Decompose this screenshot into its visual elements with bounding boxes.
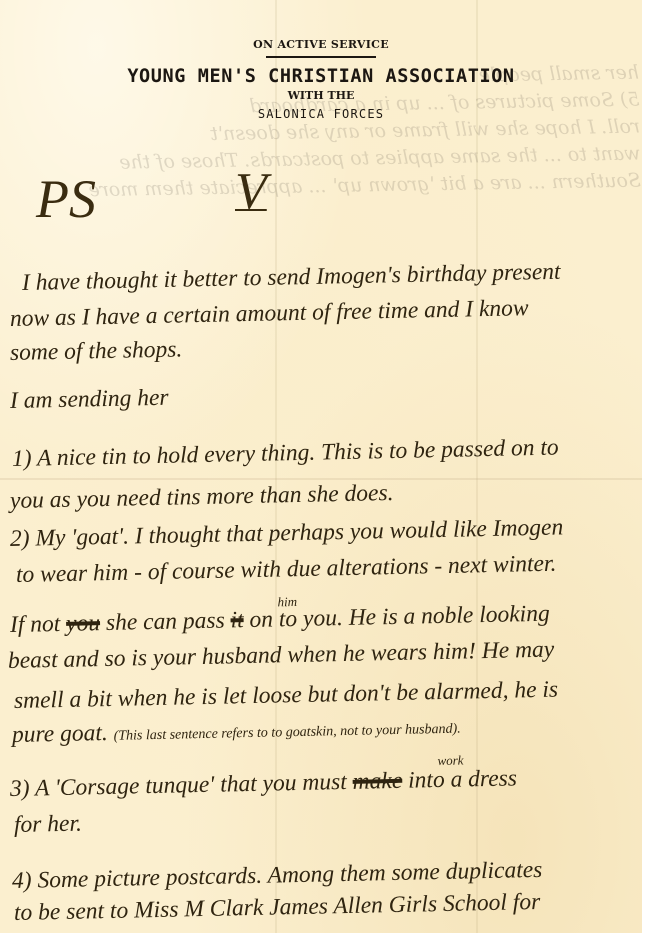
text: she can pass: [106, 608, 225, 636]
text: into a dress: [408, 765, 517, 793]
list-item-3: 3) A 'Corsage tunque' that you must make…: [10, 765, 517, 803]
struck-word: it: [230, 607, 244, 633]
letter-line: for her.: [14, 811, 82, 839]
letter-line: I am sending her: [10, 385, 169, 415]
inserted-word: him: [277, 594, 297, 610]
list-item-4: 4) Some picture postcards. Among them so…: [12, 857, 543, 895]
letter-line: you as you need tins more than she does.: [10, 480, 394, 515]
letter-line: I have thought it better to send Imogen'…: [22, 259, 561, 297]
with-the-label: WITH THE: [0, 89, 642, 102]
letter-line: some of the shops.: [10, 336, 183, 367]
forces-label: SALONICA FORCES: [0, 107, 642, 121]
organization-name: YOUNG MEN'S CHRISTIAN ASSOCIATION: [0, 66, 642, 87]
fold-line-horizontal: [0, 478, 642, 480]
letter-line: now as I have a certain amount of free t…: [10, 295, 529, 333]
letter-line: pure goat. (This last sentence refers to…: [12, 713, 461, 749]
letter-line-with-corrections: If not you she can pass ithim on to you.…: [10, 601, 550, 639]
parenthetical-note: (This last sentence refers to to goatski…: [113, 722, 460, 744]
inserted-word: work: [437, 752, 463, 769]
text: If not: [10, 611, 61, 638]
letter-line: beast and so is your husband when he wea…: [8, 637, 555, 675]
letterhead: ON ACTIVE SERVICE YOUNG MEN'S CHRISTIAN …: [0, 38, 642, 121]
letter-line: to be sent to Miss M Clark James Allen G…: [14, 889, 541, 927]
bleed-line: Southern ... are a bit 'grown up' ... ap…: [361, 168, 641, 200]
list-item-2: 2) My 'goat'. I thought that perhaps you…: [10, 514, 564, 553]
letter-page: her small people 5) Some pictures of ...…: [0, 0, 642, 933]
letterhead-rule: [266, 56, 376, 58]
page-number-mark: V: [235, 162, 267, 221]
active-service-label: ON ACTIVE SERVICE: [0, 38, 642, 51]
text: 3) A 'Corsage tunque' that you must: [10, 769, 347, 802]
text: pure goat.: [12, 720, 108, 748]
postscript-mark: PS: [36, 168, 96, 230]
struck-word: you: [66, 610, 100, 637]
struck-word: make: [352, 768, 402, 795]
page-number: V: [235, 163, 267, 220]
